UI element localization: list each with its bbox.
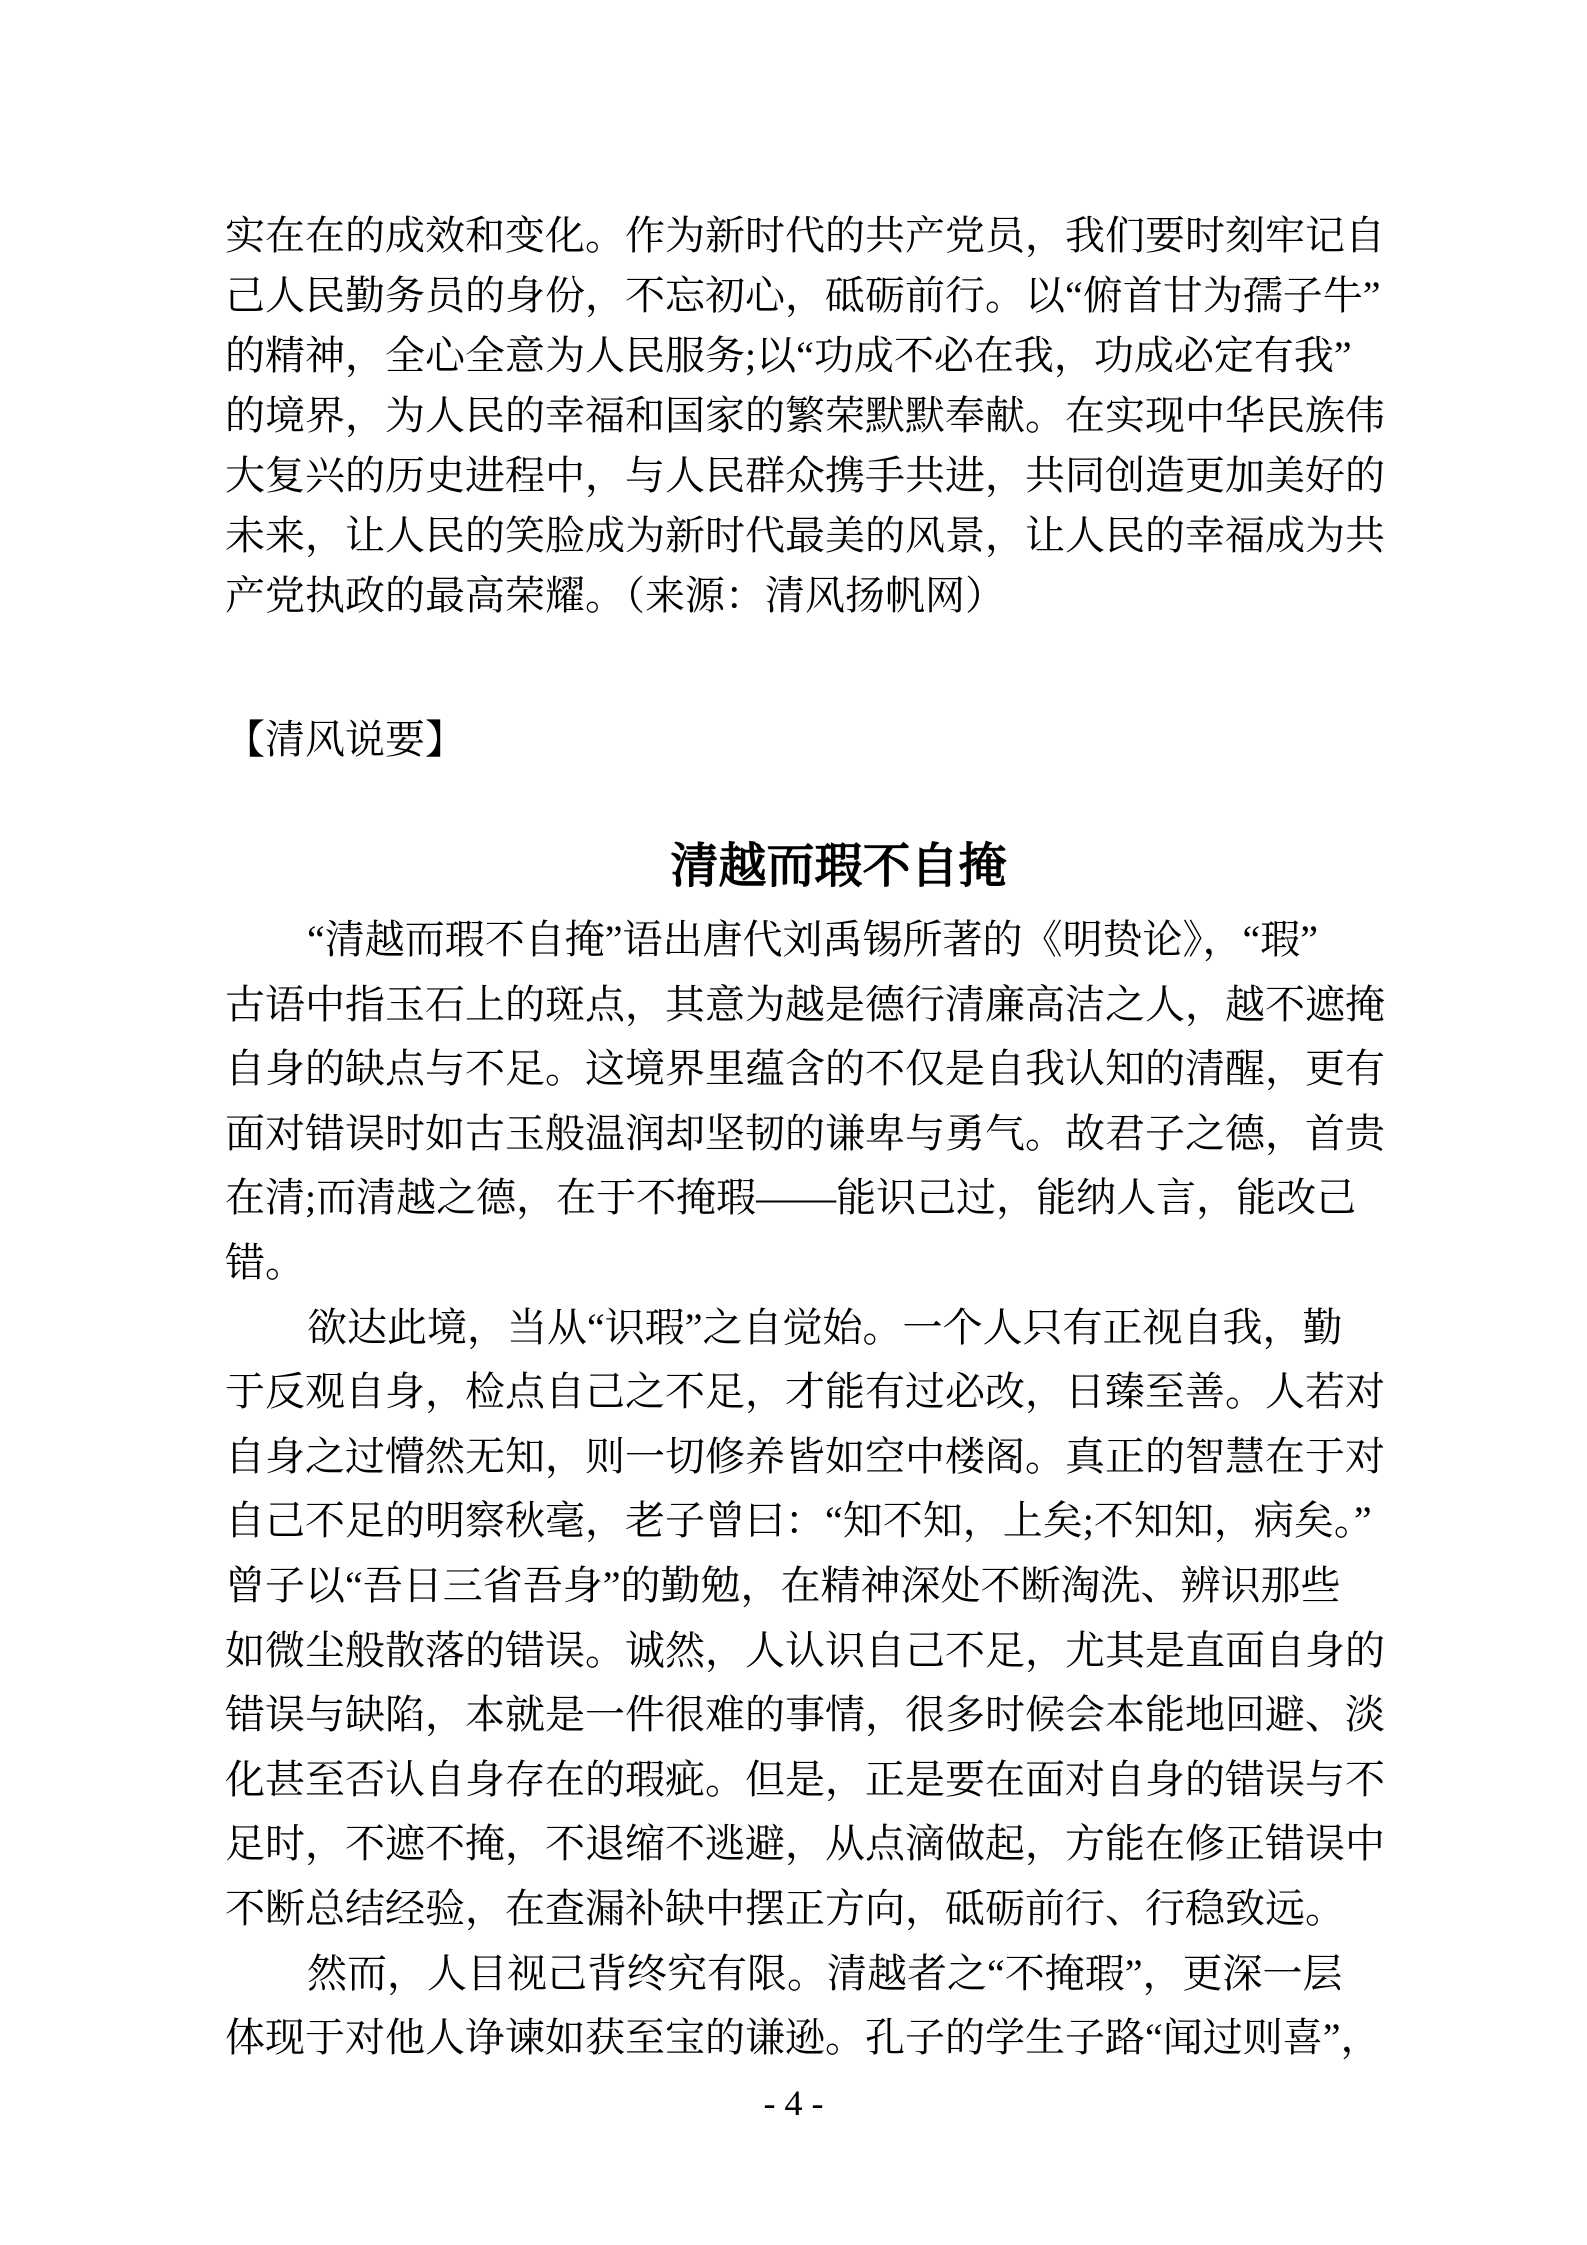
article-paragraph-2: 欲达此境，当从“识瑕”之自觉始。一个人只有正视自我，勤于反观自身，检点自己之不足…: [225, 1296, 1395, 1942]
article-paragraph-3: 然而，人目视己背终究有限。清越者之“不掩瑕”，更深一层体现于对他人诤谏如获至宝的…: [225, 1942, 1395, 2071]
text-line: 然而，人目视己背终究有限。清越者之“不掩瑕”，更深一层: [225, 1942, 1395, 2007]
text-line: 面对错误时如古玉般温润却坚韧的谦卑与勇气。故君子之德，首贵: [225, 1102, 1395, 1167]
text-line: 在清;而清越之德，在于不掩瑕——能识己过，能纳人言，能改己: [225, 1166, 1395, 1231]
paragraph-continuation: 实在在的成效和变化。作为新时代的共产党员，我们要时刻牢记自己人民勤务员的身份，不…: [225, 206, 1395, 626]
text-line: 如微尘般散落的错误。诚然，人认识自己不足，尤其是直面自身的: [225, 1619, 1395, 1684]
text-line: 于反观自身，检点自己之不足，才能有过必改，日臻至善。人若对: [225, 1360, 1395, 1425]
document-page: 实在在的成效和变化。作为新时代的共产党员，我们要时刻牢记自己人民勤务员的身份，不…: [0, 0, 1587, 2245]
article-body: “清越而瑕不自掩”语出唐代刘禹锡所著的《明贽论》，“瑕”古语中指玉石上的斑点，其…: [225, 908, 1395, 2071]
text-line: 错误与缺陷，本就是一件很难的事情，很多时候会本能地回避、淡: [225, 1683, 1395, 1748]
text-line: 自身之过懵然无知，则一切修养皆如空中楼阁。真正的智慧在于对: [225, 1425, 1395, 1490]
text-line: 的境界，为人民的幸福和国家的繁荣默默奉献。在实现中华民族伟: [225, 386, 1395, 446]
text-line: 不断总结经验，在查漏补缺中摆正方向，砥砺前行、行稳致远。: [225, 1877, 1395, 1942]
text-line: 体现于对他人诤谏如获至宝的谦逊。孔子的学生子路“闻过则喜”，: [225, 2006, 1395, 2071]
text-line: 的精神，全心全意为人民服务;以“功成不必在我，功成必定有我”: [225, 326, 1395, 386]
text-line: 古语中指玉石上的斑点，其意为越是德行清廉高洁之人，越不遮掩: [225, 973, 1395, 1038]
page-number: - 4 -: [0, 2082, 1587, 2124]
text-line: 产党执政的最高荣耀。（来源：清风扬帆网）: [225, 566, 1395, 626]
text-line: 曾子以“吾日三省吾身”的勤勉，在精神深处不断淘洗、辨识那些: [225, 1554, 1395, 1619]
text-line: 化甚至否认自身存在的瑕疵。但是，正是要在面对自身的错误与不: [225, 1748, 1395, 1813]
text-line: 自身的缺点与不足。这境界里蕴含的不仅是自我认知的清醒，更有: [225, 1037, 1395, 1102]
text-line: 实在在的成效和变化。作为新时代的共产党员，我们要时刻牢记自: [225, 206, 1395, 266]
section-label: 【清风说要】: [225, 710, 465, 770]
text-line: 己人民勤务员的身份，不忘初心，砥砺前行。以“俯首甘为孺子牛”: [225, 266, 1395, 326]
text-line: “清越而瑕不自掩”语出唐代刘禹锡所著的《明贽论》，“瑕”: [225, 908, 1395, 973]
text-line: 未来，让人民的笑脸成为新时代最美的风景，让人民的幸福成为共: [225, 506, 1395, 566]
article-paragraph-1: “清越而瑕不自掩”语出唐代刘禹锡所著的《明贽论》，“瑕”古语中指玉石上的斑点，其…: [225, 908, 1395, 1296]
text-line: 足时，不遮不掩，不退缩不逃避，从点滴做起，方能在修正错误中: [225, 1812, 1395, 1877]
article-title: 清越而瑕不自掩: [0, 837, 1587, 897]
text-line: 欲达此境，当从“识瑕”之自觉始。一个人只有正视自我，勤: [225, 1296, 1395, 1361]
text-line: 自己不足的明察秋毫，老子曾曰：“知不知，上矣;不知知，病矣。”: [225, 1489, 1395, 1554]
text-line: 错。: [225, 1231, 1395, 1296]
text-line: 大复兴的历史进程中，与人民群众携手共进，共同创造更加美好的: [225, 446, 1395, 506]
